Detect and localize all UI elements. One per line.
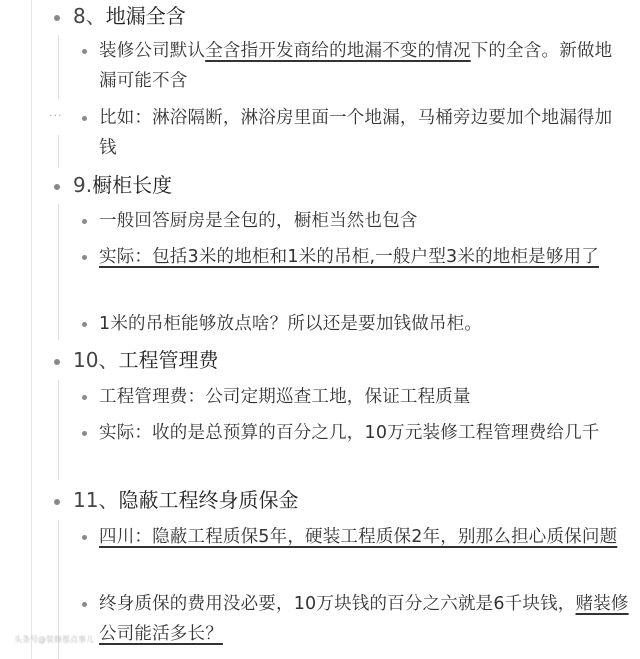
outline-heading-9[interactable]: 9.橱柜长度	[0, 171, 640, 203]
item-text: 实际：收的是总预算的百分之几，10万元装修工程管理费给几千	[99, 418, 629, 448]
drag-handle-icon[interactable]: ···	[49, 109, 63, 122]
item-text: 四川：隐蔽工程质保5年，硬装工程质保2年，别那么担心质保问题	[99, 522, 629, 552]
section-guide-line	[58, 204, 59, 340]
outline-heading-11[interactable]: 11、隐蔽工程终身质保金	[0, 486, 640, 518]
bullet-icon[interactable]	[82, 322, 87, 327]
bullet-icon[interactable]	[82, 431, 87, 436]
bullet-icon[interactable]	[82, 602, 87, 607]
section-guide-line	[58, 380, 59, 480]
item-text: 1米的吊柜能够放点啥？所以还是要加钱做吊柜。	[99, 309, 629, 339]
bullet-icon[interactable]	[82, 116, 87, 121]
watermark: 头条号@装修那点事儿	[14, 634, 94, 645]
bullet-icon[interactable]	[54, 359, 60, 365]
heading-text: 9.橱柜长度	[73, 171, 172, 199]
bullet-icon[interactable]	[82, 395, 87, 400]
item-text: 比如：淋浴隔断，淋浴房里面一个地漏，马桶旁边要加个地漏得加钱	[99, 103, 629, 163]
bullet-icon[interactable]	[82, 255, 87, 260]
outline-heading-8[interactable]: 8、地漏全含	[0, 2, 640, 34]
bullet-icon[interactable]	[82, 49, 87, 54]
item-text: 装修公司默认全含指开发商给的地漏不变的情况下的全含。新做地漏可能不含	[99, 36, 629, 96]
bullet-icon[interactable]	[54, 15, 60, 21]
bullet-icon[interactable]	[82, 535, 87, 540]
heading-text: 10、工程管理费	[73, 346, 218, 374]
bullet-icon[interactable]	[54, 184, 60, 190]
outline-guide-line	[31, 0, 32, 659]
outline-heading-10[interactable]: 10、工程管理费	[0, 346, 640, 378]
bullet-icon[interactable]	[82, 219, 87, 224]
heading-text: 11、隐蔽工程终身质保金	[73, 486, 298, 514]
item-text: 实际：包括3米的地柜和1米的吊柜,一般户型3米的地柜是够用了	[99, 242, 629, 272]
heading-text: 8、地漏全含	[73, 2, 186, 30]
section-guide-line	[58, 35, 59, 99]
item-text: 一般回答厨房是全包的，橱柜当然也包含	[99, 206, 629, 236]
item-text: 工程管理费：公司定期巡查工地，保证工程质量	[99, 382, 629, 412]
section-guide-line	[58, 135, 59, 168]
bullet-icon[interactable]	[54, 499, 60, 505]
item-text: 终身质保的费用没必要，10万块钱的百分之六就是6千块钱，赌装修公司能活多长？	[99, 589, 629, 649]
